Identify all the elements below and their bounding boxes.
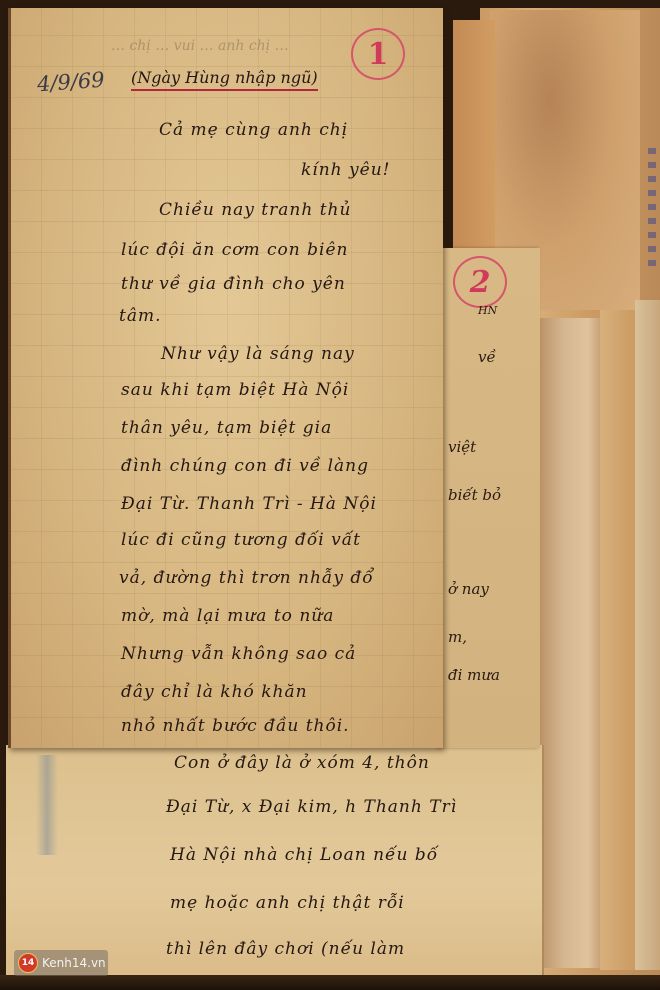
- table-edge-shadow: [0, 975, 660, 990]
- blue-stain: [36, 755, 58, 855]
- back-sheet-strip: [453, 20, 495, 250]
- handwritten-line: kính yêu!: [301, 160, 390, 180]
- right-edge-sheet: [600, 310, 640, 970]
- handwritten-line: lúc đội ăn cơm con biên: [121, 240, 348, 260]
- handwritten-line: đây chỉ là khó khăn: [121, 682, 308, 702]
- handwritten-line: thư về gia đình cho yên: [121, 274, 346, 294]
- fragment-text: về: [478, 348, 496, 366]
- handwritten-line: Con ở đây là ở xóm 4, thôn: [174, 753, 430, 773]
- handwritten-line: tâm.: [119, 306, 162, 326]
- handwritten-line: Đại Từ, x Đại kim, h Thanh Trì: [166, 797, 457, 817]
- handwritten-line: vả, đường thì trơn nhẫy đổ: [119, 568, 374, 588]
- right-edge-sheet-2: [635, 300, 660, 970]
- handwritten-line: sau khi tạm biệt Hà Nội: [121, 380, 349, 400]
- watermark-brand: Kenh14.vn: [42, 956, 106, 970]
- page-number-stamp: 2: [453, 256, 507, 308]
- kenh14-logo-icon: 14: [18, 953, 38, 973]
- handwritten-line: đình chúng con đi về làng: [121, 456, 369, 476]
- fragment-text: việt: [448, 438, 476, 456]
- letter-heading: (Ngày Hùng nhập ngũ): [131, 68, 318, 91]
- handwritten-line: lúc đi cũng tương đối vất: [121, 530, 361, 550]
- photo-stage: Con ở đây là ở xóm 4, thôn Đại Từ, x Đại…: [0, 0, 660, 990]
- handwritten-line: thân yêu, tạm biệt gia: [121, 418, 332, 438]
- handwritten-line: Cả mẹ cùng anh chị: [159, 120, 348, 140]
- blue-ink-marks: [648, 148, 656, 268]
- letter-date: 4/9/69: [36, 68, 105, 97]
- handwritten-line: mờ, mà lại mưa to nữa: [121, 606, 334, 626]
- handwritten-line: mẹ hoặc anh chị thật rỗi: [170, 893, 405, 913]
- handwritten-line: nhỏ nhất bước đầu thôi.: [121, 716, 350, 736]
- page-number-stamp: 1: [351, 28, 405, 80]
- handwritten-line: thì lên đây chơi (nếu làm: [166, 939, 405, 959]
- fragment-text: m,: [448, 628, 467, 646]
- letter-page-2: 2 HN về việt biết bỏ ở nay m, đi mưa: [438, 248, 540, 748]
- letter-page-bottom: Con ở đây là ở xóm 4, thôn Đại Từ, x Đại…: [6, 745, 544, 975]
- handwritten-line: Hà Nội nhà chị Loan nếu bố: [170, 845, 438, 865]
- fragment-text: đi mưa: [448, 666, 500, 684]
- handwritten-line: Chiều nay tranh thủ: [159, 200, 351, 220]
- fragment-text: biết bỏ: [448, 486, 501, 504]
- handwritten-line: Như vậy là sáng nay: [161, 344, 355, 364]
- kenh14-watermark: 14 Kenh14.vn: [14, 950, 108, 976]
- pale-folded-strip: [538, 318, 600, 968]
- fragment-text: HN: [478, 304, 497, 317]
- handwritten-line: Đại Từ. Thanh Trì - Hà Nội: [121, 494, 377, 514]
- fragment-text: ở nay: [448, 580, 489, 598]
- bleed-through-text: … chị … vui … anh chị …: [111, 38, 289, 54]
- handwritten-line: Nhưng vẫn không sao cả: [121, 644, 356, 664]
- letter-page-1: … chị … vui … anh chị … 4/9/69 (Ngày Hùn…: [8, 8, 443, 748]
